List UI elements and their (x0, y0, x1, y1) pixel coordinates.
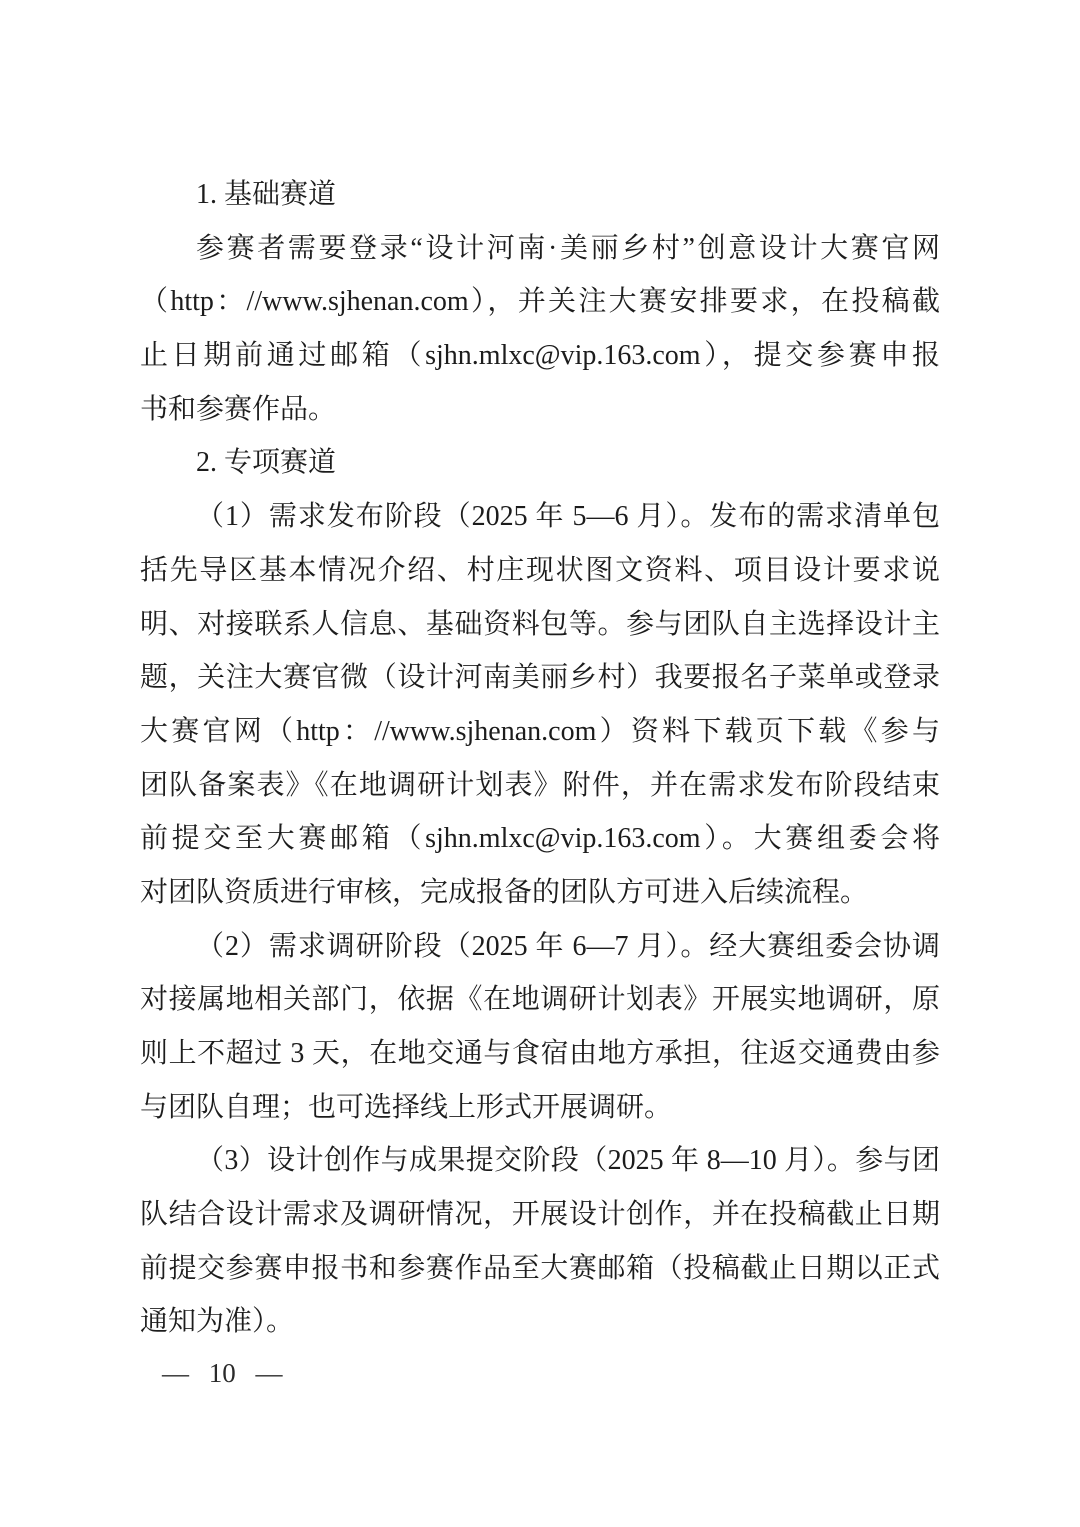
text-line: 与团队自理；也可选择线上形式开展调研。 (140, 1081, 940, 1135)
paragraph: 1. 基础赛道 (140, 168, 940, 222)
text-line: 括先导区基本情况介绍、村庄现状图文资料、项目设计要求说 (140, 544, 940, 598)
text-line: 队结合设计需求及调研情况，开展设计创作，并在投稿截止日期 (140, 1188, 940, 1242)
document-body: 1. 基础赛道参赛者需要登录“设计河南·美丽乡村”创意设计大赛官网（http：/… (140, 168, 940, 1349)
text-line: （3）设计创作与成果提交阶段（2025 年 8—10 月）。参与团 (140, 1134, 940, 1188)
text-line: （2）需求调研阶段（2025 年 6—7 月）。经大赛组委会协调 (140, 920, 940, 974)
page-number: — 10 — (162, 1356, 283, 1390)
text-line: 1. 基础赛道 (140, 168, 940, 222)
document-page: 1. 基础赛道参赛者需要登录“设计河南·美丽乡村”创意设计大赛官网（http：/… (0, 0, 1080, 1527)
paragraph: （2）需求调研阶段（2025 年 6—7 月）。经大赛组委会协调对接属地相关部门… (140, 920, 940, 1135)
text-line: 大赛官网（http：//www.sjhenan.com）资料下载页下载《参与 (140, 705, 940, 759)
paragraph: （1）需求发布阶段（2025 年 5—6 月）。发布的需求清单包括先导区基本情况… (140, 490, 940, 920)
text-line: 前提交至大赛邮箱（sjhn.mlxc@vip.163.com）。大赛组委会将 (140, 812, 940, 866)
text-line: 题，关注大赛官微（设计河南美丽乡村）我要报名子菜单或登录 (140, 651, 940, 705)
text-line: 对团队资质进行审核，完成报备的团队方可进入后续流程。 (140, 866, 940, 920)
text-line: 通知为准）。 (140, 1295, 940, 1349)
text-line: 对接属地相关部门，依据《在地调研计划表》开展实地调研，原 (140, 973, 940, 1027)
text-line: 书和参赛作品。 (140, 383, 940, 437)
text-line: （http：//www.sjhenan.com），并关注大赛安排要求，在投稿截 (140, 275, 940, 329)
text-line: 参赛者需要登录“设计河南·美丽乡村”创意设计大赛官网 (140, 222, 940, 276)
paragraph: 参赛者需要登录“设计河南·美丽乡村”创意设计大赛官网（http：//www.sj… (140, 222, 940, 437)
text-line: 2. 专项赛道 (140, 436, 940, 490)
text-line: 团队备案表》《在地调研计划表》附件，并在需求发布阶段结束 (140, 759, 940, 813)
paragraph: 2. 专项赛道 (140, 436, 940, 490)
text-line: 止日期前通过邮箱（sjhn.mlxc@vip.163.com），提交参赛申报 (140, 329, 940, 383)
text-line: 则上不超过 3 天，在地交通与食宿由地方承担，往返交通费由参 (140, 1027, 940, 1081)
text-line: 前提交参赛申报书和参赛作品至大赛邮箱（投稿截止日期以正式 (140, 1242, 940, 1296)
paragraph: （3）设计创作与成果提交阶段（2025 年 8—10 月）。参与团队结合设计需求… (140, 1134, 940, 1349)
text-line: （1）需求发布阶段（2025 年 5—6 月）。发布的需求清单包 (140, 490, 940, 544)
text-line: 明、对接联系人信息、基础资料包等。参与团队自主选择设计主 (140, 598, 940, 652)
